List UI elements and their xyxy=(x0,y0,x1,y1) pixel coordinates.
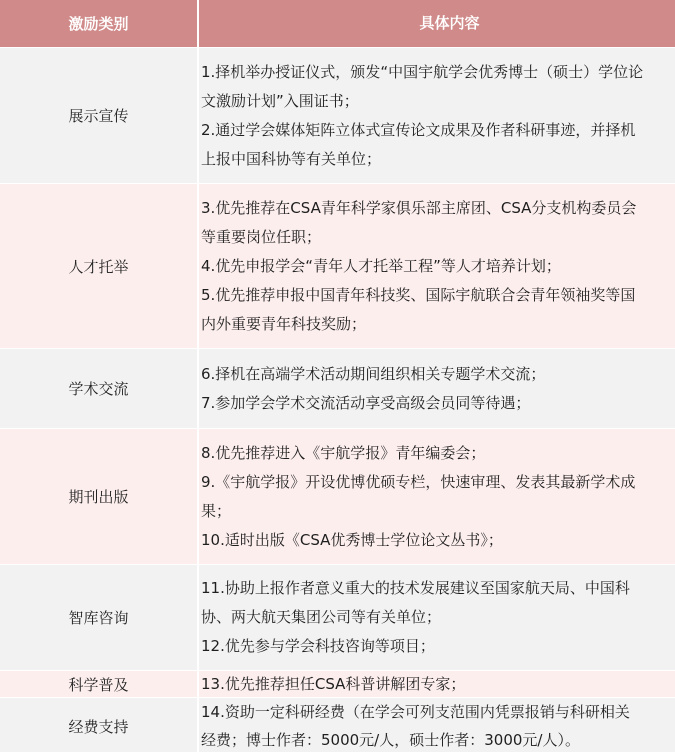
content-line: 4.优先申报学会“青年人才托举工程”等人才培养计划； xyxy=(201,252,675,281)
content-line: 5.优先推荐申报中国青年科技奖、国际宇航联合会青年领袖奖等国 xyxy=(201,281,675,310)
content-line: 10.适时出版《CSA优秀博士学位论文丛书》； xyxy=(201,526,675,555)
table-row: 人才托举 3.优先推荐在CSA青年科学家俱乐部主席团、CSA分支机构委员会 等重… xyxy=(0,184,675,349)
row-category: 经费支持 xyxy=(0,698,199,752)
row-content: 1.择机举办授证仪式，颁发“中国宇航学会优秀博士（硕士）学位论 文激励计划”入围… xyxy=(199,48,675,183)
row-category: 人才托举 xyxy=(0,184,199,348)
table-row: 经费支持 14.资助一定科研经费（在学会可列支范围内凭票报销与科研相关 经费；博… xyxy=(0,698,675,752)
table-row: 科学普及 13.优先推荐担任CSA科普讲解团专家； xyxy=(0,671,675,698)
header-content: 具体内容 xyxy=(199,0,675,47)
content-line: 11.协助上报作者意义重大的技术发展建议至国家航天局、中国科 xyxy=(201,574,675,603)
row-content: 14.资助一定科研经费（在学会可列支范围内凭票报销与科研相关 经费；博士作者：5… xyxy=(199,698,675,752)
content-line: 3.优先推荐在CSA青年科学家俱乐部主席团、CSA分支机构委员会 xyxy=(201,194,675,223)
content-line: 9.《宇航学报》开设优博优硕专栏，快速审理、发表其最新学术成 xyxy=(201,468,675,497)
row-category: 期刊出版 xyxy=(0,429,199,564)
row-content: 3.优先推荐在CSA青年科学家俱乐部主席团、CSA分支机构委员会 等重要岗位任职… xyxy=(199,184,675,348)
content-line: 上报中国科协等有关单位； xyxy=(201,145,675,174)
content-line: 经费；博士作者：5000元/人，硕士作者：3000元/人）。 xyxy=(201,726,675,752)
row-category: 科学普及 xyxy=(0,671,199,697)
row-content: 6.择机在高端学术活动期间组织相关专题学术交流； 7.参加学会学术交流活动享受高… xyxy=(199,349,675,428)
content-line: 文激励计划”入围证书； xyxy=(201,87,675,116)
table-row: 期刊出版 8.优先推荐进入《宇航学报》青年编委会； 9.《宇航学报》开设优博优硕… xyxy=(0,429,675,565)
content-line: 6.择机在高端学术活动期间组织相关专题学术交流； xyxy=(201,360,675,389)
row-content: 13.优先推荐担任CSA科普讲解团专家； xyxy=(199,671,675,697)
content-line: 7.参加学会学术交流活动享受高级会员同等待遇； xyxy=(201,389,675,418)
content-line: 等重要岗位任职； xyxy=(201,223,675,252)
content-line: 1.择机举办授证仪式，颁发“中国宇航学会优秀博士（硕士）学位论 xyxy=(201,58,675,87)
table-row: 学术交流 6.择机在高端学术活动期间组织相关专题学术交流； 7.参加学会学术交流… xyxy=(0,349,675,429)
table-row: 智库咨询 11.协助上报作者意义重大的技术发展建议至国家航天局、中国科 协、两大… xyxy=(0,565,675,671)
content-line: 2.通过学会媒体矩阵立体式宣传论文成果及作者科研事迹，并择机 xyxy=(201,116,675,145)
row-category: 学术交流 xyxy=(0,349,199,428)
table-header: 激励类别 具体内容 xyxy=(0,0,675,48)
content-line: 内外重要青年科技奖励； xyxy=(201,310,675,339)
content-line: 果； xyxy=(201,497,675,526)
row-content: 11.协助上报作者意义重大的技术发展建议至国家航天局、中国科 协、两大航天集团公… xyxy=(199,565,675,670)
content-line: 8.优先推荐进入《宇航学报》青年编委会； xyxy=(201,439,675,468)
incentive-table: 激励类别 具体内容 展示宣传 1.择机举办授证仪式，颁发“中国宇航学会优秀博士（… xyxy=(0,0,675,752)
content-line: 12.优先参与学会科技咨询等项目； xyxy=(201,632,675,661)
header-category: 激励类别 xyxy=(0,0,199,47)
table-row: 展示宣传 1.择机举办授证仪式，颁发“中国宇航学会优秀博士（硕士）学位论 文激励… xyxy=(0,48,675,184)
content-line: 13.优先推荐担任CSA科普讲解团专家； xyxy=(201,671,675,697)
content-line: 14.资助一定科研经费（在学会可列支范围内凭票报销与科研相关 xyxy=(201,698,675,726)
content-line: 协、两大航天集团公司等有关单位； xyxy=(201,603,675,632)
row-category: 展示宣传 xyxy=(0,48,199,183)
row-category: 智库咨询 xyxy=(0,565,199,670)
row-content: 8.优先推荐进入《宇航学报》青年编委会； 9.《宇航学报》开设优博优硕专栏，快速… xyxy=(199,429,675,564)
